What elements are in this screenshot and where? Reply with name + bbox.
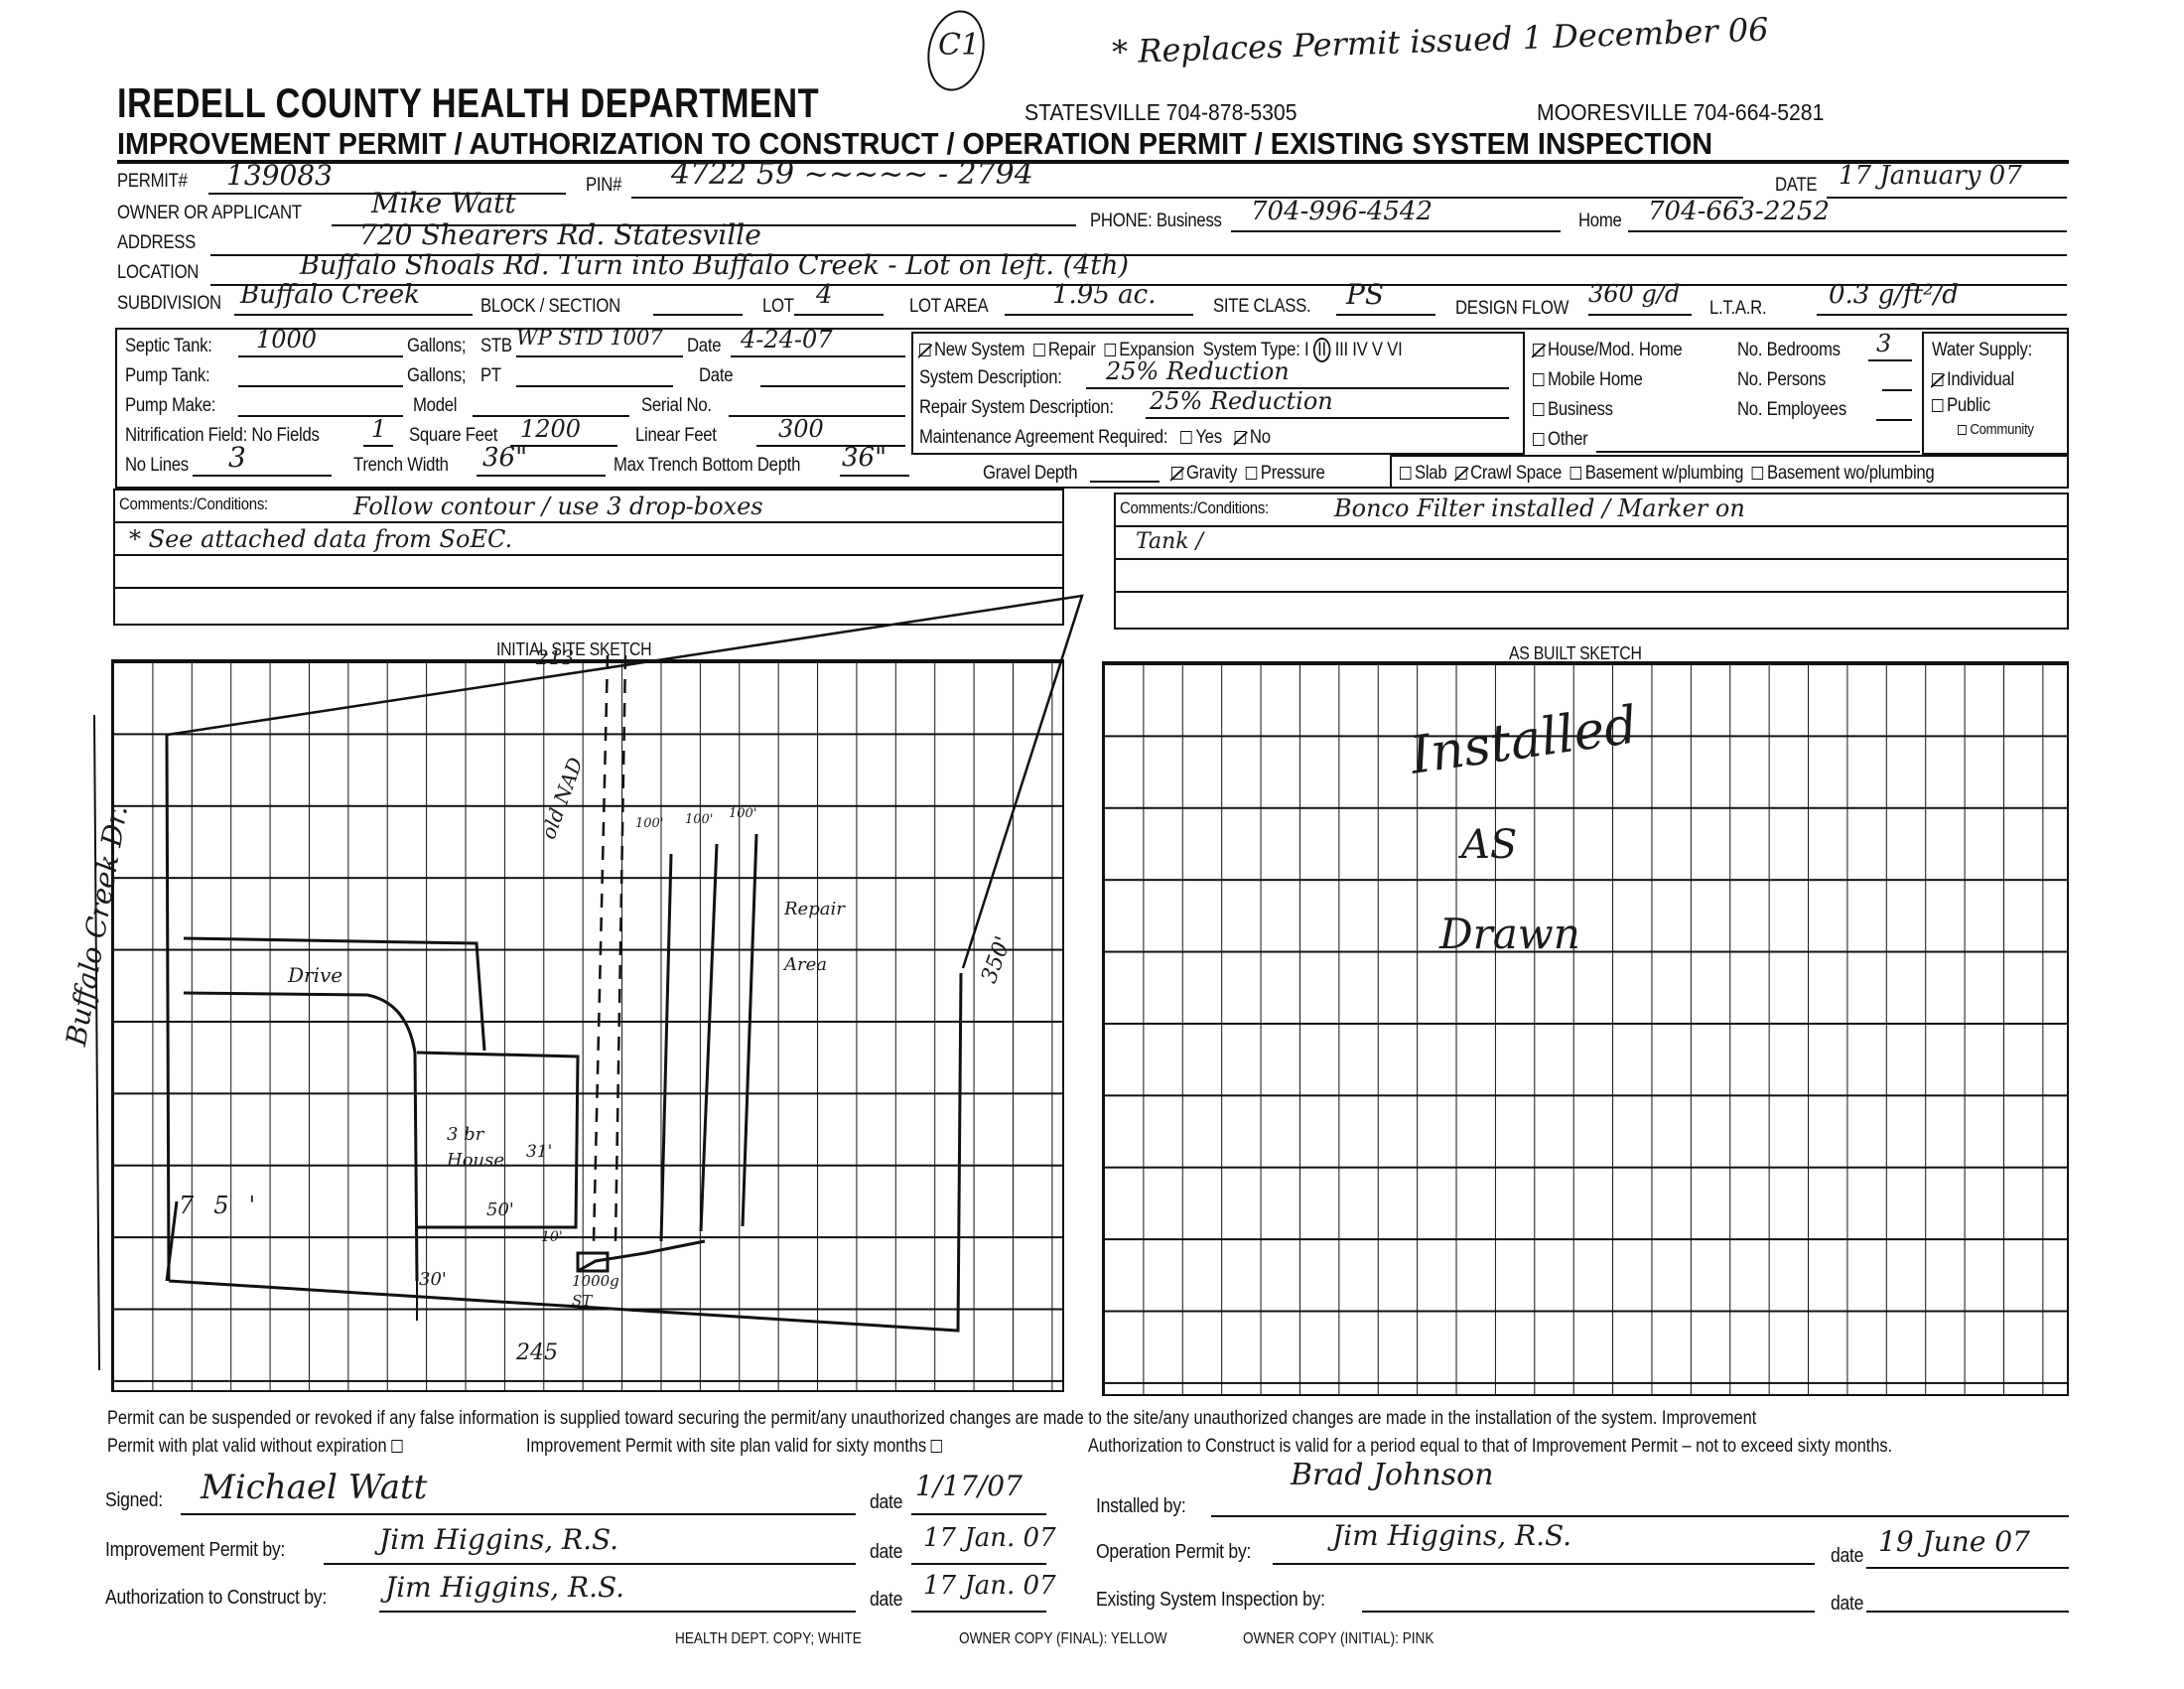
sketch-note-line-3: 100'	[729, 806, 756, 821]
signed-date-field[interactable]: 1/17/07	[911, 1485, 1046, 1515]
existing-by-field[interactable]	[1362, 1585, 1815, 1613]
atc-note: Authorization to Construct is valid for …	[1088, 1436, 1892, 1458]
existing-date-field[interactable]	[1866, 1585, 2069, 1613]
improvement-by-field[interactable]: Jim Higgins, R.S.	[324, 1535, 856, 1565]
atc-by-value: Jim Higgins, R.S.	[385, 1571, 624, 1604]
sketch-note-repair: Repair Area	[784, 882, 844, 993]
improvement-date-value: 17 Jan. 07	[923, 1523, 1056, 1553]
site-plan-option[interactable]: Improvement Permit with site plan valid …	[526, 1436, 945, 1458]
existing-by-label: Existing System Inspection by:	[1096, 1589, 1325, 1612]
signed-date-value: 1/17/07	[915, 1470, 1023, 1502]
sketch-note-tank: 1000g ST	[572, 1271, 612, 1311]
improvement-by-label: Improvement Permit by:	[105, 1539, 285, 1562]
installed-by-label: Installed by:	[1096, 1495, 1186, 1518]
signed-date-label: date	[870, 1491, 902, 1514]
operation-date-field[interactable]: 19 June 07	[1866, 1539, 2069, 1569]
sketch-note-setback-front: 30'	[419, 1269, 447, 1290]
checkbox-icon	[391, 1440, 402, 1453]
installed-by-field[interactable]: Brad Johnson	[1211, 1487, 2069, 1517]
operation-date-label: date	[1831, 1545, 1863, 1568]
atc-by-label: Authorization to Construct by:	[105, 1587, 327, 1610]
improvement-date-label: date	[870, 1541, 902, 1564]
atc-by-field[interactable]: Jim Higgins, R.S.	[379, 1583, 856, 1613]
checkbox-icon	[931, 1440, 942, 1453]
improvement-by-value: Jim Higgins, R.S.	[379, 1523, 618, 1556]
sketch-note-line-2: 100'	[685, 812, 713, 827]
as-built-note-2: AS	[1461, 822, 1517, 868]
signed-field[interactable]: Michael Watt	[181, 1485, 856, 1515]
copy-owner-final: OWNER COPY (FINAL): YELLOW	[959, 1630, 1167, 1648]
sketch-note-line-1: 100'	[635, 816, 663, 831]
legal-text: Permit can be suspended or revoked if an…	[107, 1408, 1756, 1430]
sketch-note-house-width: 50'	[486, 1199, 514, 1220]
operation-date-value: 19 June 07	[1878, 1525, 2030, 1558]
plat-option[interactable]: Permit with plat valid without expiratio…	[107, 1436, 406, 1458]
as-built-note-3: Drawn	[1439, 910, 1580, 958]
sketch-note-house: 3 br House	[447, 1122, 492, 1174]
atc-date-value: 17 Jan. 07	[923, 1571, 1056, 1601]
existing-date-label: date	[1831, 1593, 1863, 1616]
sketch-note-house-depth: 31'	[526, 1142, 552, 1162]
improvement-date-field[interactable]: 17 Jan. 07	[911, 1535, 1046, 1565]
atc-date-label: date	[870, 1589, 902, 1612]
installed-by-value: Brad Johnson	[1291, 1458, 1494, 1492]
atc-date-field[interactable]: 17 Jan. 07	[911, 1583, 1046, 1613]
copy-owner-initial: OWNER COPY (INITIAL): PINK	[1243, 1630, 1433, 1648]
signed-value: Michael Watt	[201, 1468, 427, 1507]
operation-by-label: Operation Permit by:	[1096, 1541, 1251, 1564]
sketch-note-tank-offset: 10'	[541, 1229, 563, 1245]
sketch-note-frontage: 245	[516, 1340, 558, 1365]
sketch-note-setback-left: 75'	[179, 1192, 275, 1219]
sketch-note-drive: Drive	[288, 963, 342, 987]
sketch-note-top: 213	[536, 645, 574, 669]
as-built-sketch-grid[interactable]	[1102, 661, 2069, 1396]
operation-by-field[interactable]: Jim Higgins, R.S.	[1273, 1535, 1815, 1565]
copy-health-dept: HEALTH DEPT. COPY; WHITE	[675, 1630, 862, 1648]
signed-label: Signed:	[105, 1489, 163, 1512]
operation-by-value: Jim Higgins, R.S.	[1332, 1519, 1571, 1552]
